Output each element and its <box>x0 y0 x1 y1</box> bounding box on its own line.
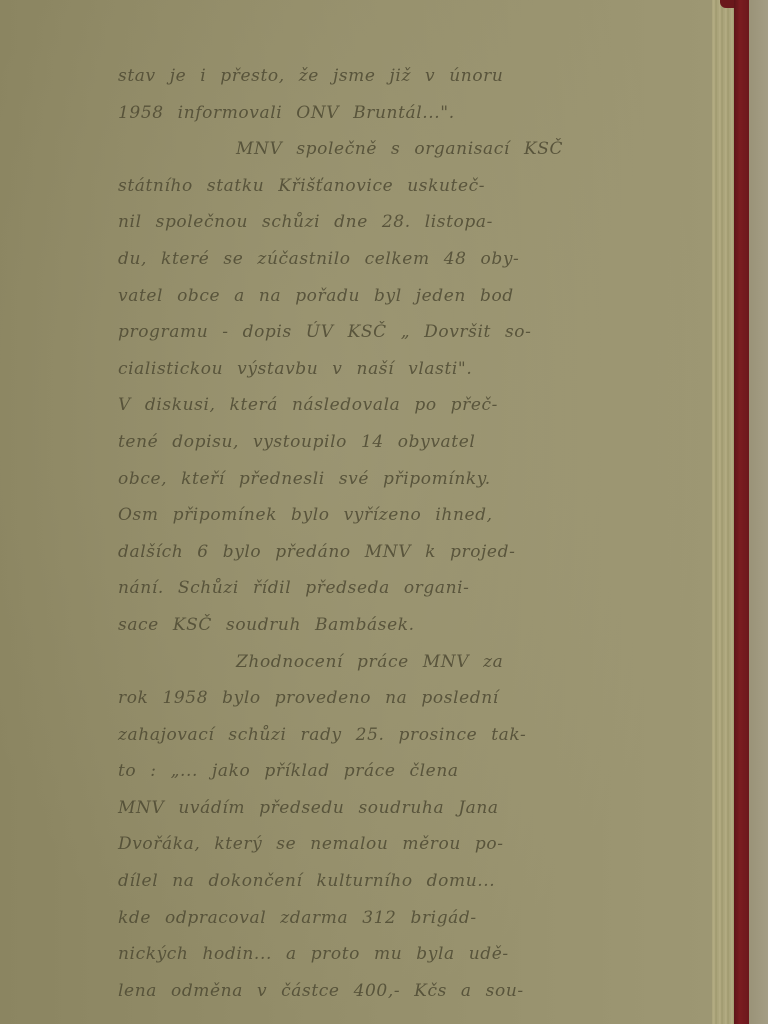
text-line: cialistickou výstavbu v naší vlasti". <box>118 351 598 388</box>
text-line: V diskusi, která následovala po přeč- <box>118 387 598 424</box>
text-line: rok 1958 bylo provedeno na poslední <box>118 680 598 717</box>
text-line: kde odpracoval zdarma 312 brigád- <box>118 900 598 937</box>
text-line: státního statku Křišťanovice uskuteč- <box>118 168 598 205</box>
text-line: tené dopisu, vystoupilo 14 obyvatel <box>118 424 598 461</box>
book-page: stav je i přesto, že jsme již v únoru 19… <box>0 0 712 1024</box>
text-line: dalších 6 bylo předáno MNV k projed- <box>118 534 598 571</box>
text-line: sace KSČ soudruh Bambásek. <box>118 607 598 644</box>
text-line: 1958 informovali ONV Bruntál...". <box>118 95 598 132</box>
text-line: MNV společně s organisací KSČ <box>118 131 598 168</box>
text-line: vatel obce a na pořadu byl jeden bod <box>118 278 598 315</box>
text-line: nil společnou schůzi dne 28. listopa- <box>118 204 598 241</box>
text-line: zahajovací schůzi rady 25. prosince tak- <box>118 717 598 754</box>
text-line: lena odměna v částce 400,- Kčs a sou- <box>118 973 598 1010</box>
text-line: to : „... jako příklad práce člena <box>118 753 598 790</box>
text-line: du, které se zúčastnilo celkem 48 oby- <box>118 241 598 278</box>
handwritten-text: stav je i přesto, že jsme již v únoru 19… <box>118 58 598 1009</box>
book-spine <box>734 0 749 1024</box>
text-line: Osm připomínek bylo vyřízeno ihned, <box>118 497 598 534</box>
text-line: Zhodnocení práce MNV za <box>118 644 598 681</box>
text-line: dílel na dokončení kulturního domu... <box>118 863 598 900</box>
page-edges <box>712 0 734 1024</box>
text-line: programu - dopis ÚV KSČ „ Dovršit so- <box>118 314 598 351</box>
document-photo: stav je i přesto, že jsme již v únoru 19… <box>0 0 768 1024</box>
text-line: nických hodin... a proto mu byla udě- <box>118 936 598 973</box>
text-line: stav je i přesto, že jsme již v únoru <box>118 58 598 95</box>
text-line: obce, kteří přednesli své připomínky. <box>118 461 598 498</box>
background-surface <box>749 0 768 1024</box>
text-line: MNV uvádím předsedu soudruha Jana <box>118 790 598 827</box>
text-line: nání. Schůzi řídil předseda organi- <box>118 570 598 607</box>
text-line: Dvořáka, který se nemalou měrou po- <box>118 826 598 863</box>
